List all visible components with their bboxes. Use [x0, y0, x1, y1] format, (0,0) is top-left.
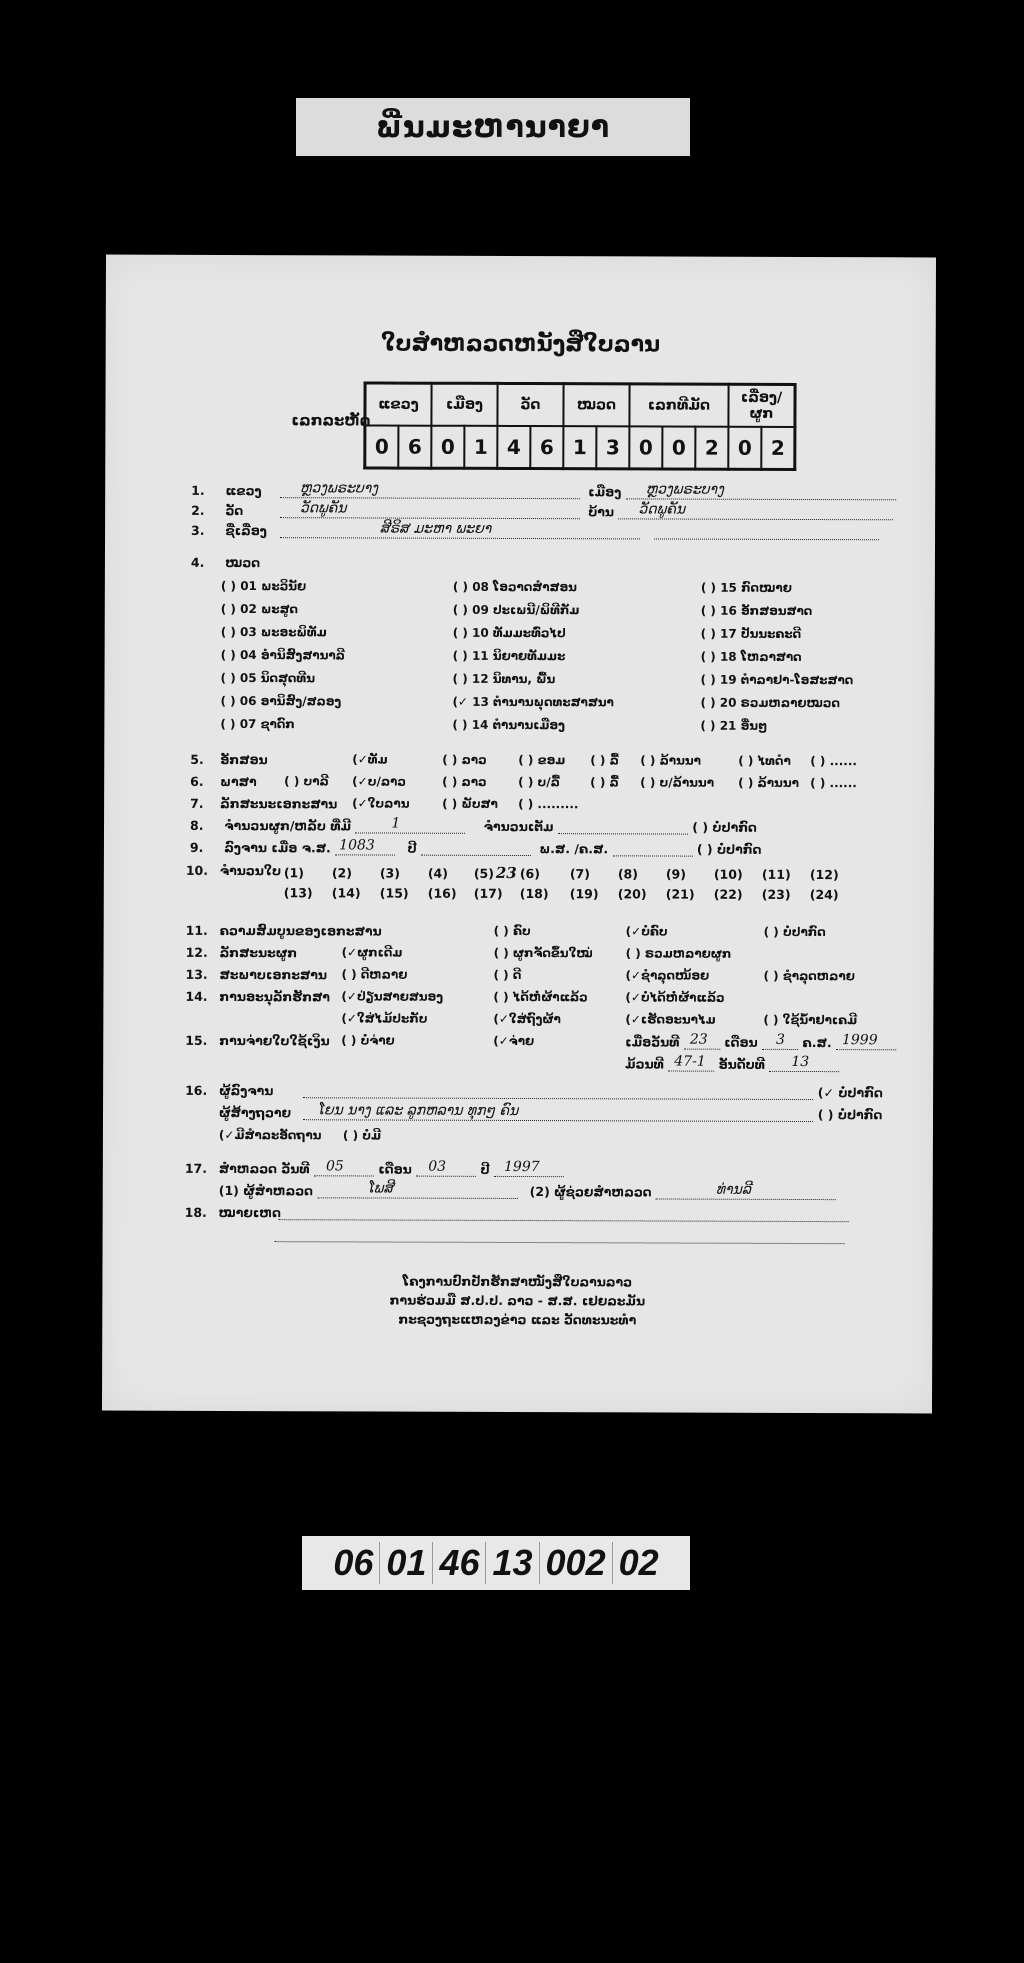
category-option[interactable]: ( ) 05 ນິດສຸດທີນ — [221, 671, 316, 685]
donor-value: ໂຍນ ນາງ ແລະ ລູກຫລານ ທຸກໆ ຄົນ — [303, 1107, 813, 1122]
title-value-extra — [654, 526, 879, 540]
category-options-col1: ( ) 01 ພະວິນັຍ ( ) 02 ພະສູດ ( ) 03 ພະອະພ… — [106, 255, 936, 258]
code-segment: 02 — [613, 1542, 665, 1584]
category-option[interactable]: ( ) 19 ຕຳລາຢາ-ໂອສະສາດ — [701, 673, 854, 688]
not-shown-option[interactable]: ( ) ບໍ່ປາກົດ — [697, 842, 762, 857]
category-option[interactable]: ( ) 17 ປັນນະຄະດີ — [701, 627, 802, 641]
category-option[interactable]: ( ) 07 ຊາດົກ — [220, 717, 294, 731]
leaf-slot[interactable]: (2) — [332, 865, 380, 880]
preservation-option-checked[interactable]: (✓ປ່ຽນສາຍສນອງ — [341, 989, 443, 1003]
leaf-slot[interactable]: (20) — [618, 886, 666, 901]
code-digit: 0 — [728, 427, 761, 470]
language-option-other[interactable]: ( ) ...... — [810, 776, 857, 790]
remarks-value — [279, 1207, 849, 1222]
completeness-option[interactable]: ( ) ບໍ່ປາກົດ — [764, 925, 826, 939]
code-digit: 0 — [365, 425, 399, 468]
code-digit: 6 — [530, 426, 563, 469]
leaf-slot[interactable]: (16) — [428, 886, 474, 901]
leaf-slot[interactable]: (6) — [520, 866, 570, 881]
preservation-option-checked[interactable]: (✓ບໍ່ໄດ້ຫໍ່ຜ້າແລ້ວ — [625, 990, 724, 1004]
category-option[interactable]: ( ) 03 ພະອະພິທັມ — [221, 625, 327, 639]
language-option[interactable]: ( ) ບ/ລ້ານນາ — [640, 775, 714, 789]
surveyors: (1) ຜູ້ສຳຫລວດ ໂພສີ (2) ຜູ້ຊ່ວຍສຳຫລວດ ທ່າ… — [219, 1183, 836, 1200]
category-options-col2: ( ) 08 ໂອວາດສຳສອນ ( ) 09 ປະເພນີ/ພິທີກັມ … — [106, 255, 936, 258]
code-segment: 01 — [380, 1542, 433, 1584]
leaf-slot[interactable]: (24) — [810, 887, 850, 902]
survey-date: ສຳຫລວດ ວັນທີ 05 ເດືອນ 03 ປີ 1997 — [219, 1161, 564, 1177]
code-label: ເລກລະຫັດ — [291, 411, 370, 429]
category-option[interactable]: ( ) 11 ນິຍາຍທັມມະ — [453, 649, 566, 663]
language-option[interactable]: ( ) ລາວ — [442, 775, 487, 789]
completeness-option-checked[interactable]: (✓ບໍ່ຄົບ — [626, 924, 668, 938]
script-option[interactable]: ( ) ຂອມ — [518, 753, 565, 767]
reel-number: 47-1 — [668, 1059, 714, 1072]
script-option[interactable]: ( ) ລ້ານນາ — [640, 753, 701, 767]
code-segment: 06 — [327, 1542, 380, 1584]
province-value: ຫຼວງພຣະບາງ — [280, 485, 580, 499]
language-label: ພາສາ — [220, 774, 256, 789]
script-option[interactable]: ( ) ໄທດຳ — [738, 754, 791, 768]
category-option[interactable]: ( ) 16 ອັກສອນສາດ — [701, 604, 813, 618]
fascicle-type-label: ລັກສະນະຜູກ — [220, 945, 298, 960]
language-option-checked[interactable]: (✓ບ/ລາວ — [352, 774, 406, 788]
leaf-slot[interactable]: (22) — [714, 887, 762, 902]
cs-year: 1083 — [335, 842, 395, 855]
leaf-count-handwritten: 23 — [496, 864, 520, 882]
category-option[interactable]: ( ) 06 ອານິສົງ/ສລອງ — [220, 694, 341, 708]
preservation-option-checked[interactable]: (✓ເຮັດອະນາໄມ — [625, 1012, 715, 1026]
category-option[interactable]: ( ) 21 ອື່ນໆ — [700, 719, 767, 733]
leaf-slot[interactable]: (9) — [666, 867, 714, 882]
full-count — [558, 821, 688, 834]
field-2-temple: 2. ວັດ ວັດພູຄັນ ບ້ານ ວັດພູຄັນ — [191, 503, 893, 520]
leaf-slot[interactable]: (10) — [714, 867, 762, 882]
category-option[interactable]: ( ) 15 ກົດໝາຍ — [701, 581, 792, 595]
code-digit: 1 — [464, 426, 497, 469]
code-segment: 13 — [486, 1542, 539, 1584]
microfilm-month: 3 — [762, 1037, 798, 1050]
preservation-label: ການອະນຸລັກຮັກສາ — [219, 989, 330, 1004]
leaf-slot[interactable]: (4) — [428, 866, 474, 881]
year-value — [421, 843, 531, 856]
survey-day: 05 — [314, 1163, 374, 1176]
colophon-option[interactable]: ( ) ບໍ່ມີ — [343, 1128, 381, 1142]
leaf-slot[interactable]: (23) — [762, 887, 810, 902]
leaf-slot[interactable]: (18) — [520, 886, 570, 901]
leaf-slot[interactable]: (12) — [810, 867, 850, 882]
category-option[interactable]: ( ) 04 ອຳນິສົງສານາລີ — [221, 648, 345, 662]
category-option[interactable]: ( ) 02 ພະສູດ — [221, 602, 298, 616]
fascicle-type-option-checked[interactable]: (✓ຜູກເດີມ — [342, 945, 403, 959]
leaf-slot[interactable]: (1) — [284, 865, 332, 880]
script-option[interactable]: ( ) ລື້ — [590, 753, 619, 767]
fascicle-type-option[interactable]: ( ) ຜູກຈັດຂຶ້ນໃໝ່ — [494, 946, 593, 960]
completeness-label: ຄວາມສົມບູນຂອງເອກະສານ — [220, 923, 382, 939]
code-digit: 0 — [662, 426, 695, 469]
condition-option[interactable]: ( ) ດີຫລາຍ — [341, 967, 407, 981]
survey-month: 03 — [416, 1164, 476, 1177]
survey-year: 1997 — [494, 1164, 564, 1177]
code-digit: 0 — [431, 426, 464, 469]
leaf-slot[interactable]: (19) — [570, 886, 618, 901]
script-option-other[interactable]: ( ) ...... — [810, 754, 857, 768]
field-1-province: 1. ແຂວງ ຫຼວງພຣະບາງ ເມືອງ ຫຼວງພຣະບາງ — [191, 483, 896, 500]
code-digit: 0 — [629, 426, 662, 469]
category-option[interactable]: ( ) 01 ພະວິນັຍ — [221, 579, 306, 593]
form-title: ໃບສຳຫລວດຫນັງສືໃບລານ — [106, 331, 936, 359]
material-option-checked[interactable]: (✓ໃບລານ — [352, 796, 409, 810]
preservation-option[interactable]: ( ) ໃຊ້ນ້ຳຢາເຄມີ — [763, 1013, 857, 1027]
language-option[interactable]: ( ) ລ້ານນາ — [738, 776, 799, 790]
leaf-count-label: ຈຳນວນໃບ — [220, 863, 281, 878]
form-footer: ໂຄງການປົກປັກຮັກສາໜັງສືໃບລານລາວ ການຮ່ວມມື… — [102, 1271, 932, 1331]
fascicle-type-option[interactable]: ( ) ຣວມຫລາຍຜູກ — [626, 946, 732, 960]
microfilm-reel: ມ້ວນທີ 47-1 ອັນດັບທີ 13 — [625, 1056, 839, 1072]
leaf-slot[interactable]: (5) — [474, 866, 496, 881]
code-digit: 3 — [596, 426, 629, 469]
leaf-slot[interactable]: (17) — [474, 886, 520, 901]
script-label: ອັກສອນ — [220, 752, 267, 767]
assistant-value: ທ່ານລີ — [656, 1186, 836, 1200]
preservation-option-checked[interactable]: (✓ໃສ່ຖົງຜ້າ — [493, 1012, 560, 1026]
category-option[interactable]: ( ) 20 ຣວມຫລາຍໝວດ — [700, 696, 840, 710]
leaf-slot[interactable]: (7) — [570, 866, 618, 881]
microfilm-code-strip: 06 01 46 13 002 02 — [302, 1536, 690, 1590]
not-shown-option[interactable]: ( ) ບໍ່ປາກົດ — [692, 820, 757, 835]
microfilm-option[interactable]: ( ) ບໍ່ຈ່າຍ — [341, 1033, 394, 1047]
code-col-bundle: ເລກທີມັດ — [629, 384, 728, 427]
be-ce-year — [612, 843, 692, 856]
preservation-option[interactable]: ( ) ໄດ້ຫໍ່ຜ້າແລ້ວ — [493, 990, 587, 1004]
leaf-slot[interactable]: (13) — [284, 885, 332, 900]
leaf-count-row-1: (1)(2)(3)(4)(5)23(6)(7)(8)(9)(10)(11)(12… — [284, 863, 850, 883]
remarks-line-2 — [275, 1227, 845, 1244]
code-col-category: ໝວດ — [563, 384, 629, 427]
microfilm-label: ການຈ່າຍໃບໃຊ້ເງິນ — [219, 1033, 329, 1048]
code-segment: 002 — [540, 1542, 613, 1584]
code-digit: 2 — [761, 427, 795, 470]
condition-option[interactable]: ( ) ຊຳລຸດຫລາຍ — [763, 969, 854, 983]
scribe-row: ຜູ້ລົງຈານ (✓ ບໍ່ປາກົດ — [219, 1083, 883, 1100]
temple-value: ວັດພູຄັນ — [280, 505, 580, 519]
code-col-fascicle: ເລື່ອງ/ຜູກ — [728, 384, 795, 427]
village-value: ວັດພູຄັນ — [618, 506, 893, 520]
leaf-slot[interactable]: (8) — [618, 866, 666, 881]
material-option-other[interactable]: ( ) ......... — [518, 797, 578, 811]
condition-label: ສະພາບເອກະສານ — [219, 967, 327, 982]
code-digit: 1 — [563, 426, 596, 469]
language-option[interactable]: ( ) ລື້ — [590, 775, 619, 789]
category-option-checked[interactable]: (✓ 13 ຕຳນານພຸດທະສາສນາ — [452, 695, 613, 710]
donor-row: ຜູ້ສ້າງຖວາຍ ໂຍນ ນາງ ແລະ ລູກຫລານ ທຸກໆ ຄົນ… — [219, 1105, 882, 1122]
scribe-value — [303, 1085, 813, 1100]
condition-option[interactable]: ( ) ດີ — [493, 968, 521, 982]
donor-not-shown[interactable]: ( ) ບໍ່ປາກົດ — [818, 1107, 883, 1122]
leaf-count-row-2: (13)(14)(15)(16)(17)(18)(19)(20)(21)(22)… — [284, 885, 850, 902]
language-option[interactable]: ( ) ບາລີ — [284, 774, 329, 788]
field-3-title: 3. ຊື່ເລື່ອງ ສີຣິສ ມະຫາ ພະຍາ — [191, 523, 879, 540]
microfilm-date: ເມື່ອວັນທີ 23 ເດືອນ 3 ຄ.ສ. 1999 — [625, 1034, 896, 1050]
microfilm-header-label: ພີ່ນມະຫານາຍາ — [296, 98, 690, 156]
code-table: ແຂວງ ເມືອງ ວັດ ໝວດ ເລກທີມັດ ເລື່ອງ/ຜູກ 0… — [363, 381, 796, 471]
district-value: ຫຼວງພຣະບາງ — [626, 486, 896, 500]
category-option[interactable]: ( ) 12 ນິທານ, ພື້ນ — [453, 672, 556, 686]
preservation-option-checked[interactable]: (✓ໃສ່ໄມ້ປະກັບ — [341, 1011, 427, 1025]
material-label: ລັກສະນະເອກະສານ — [220, 796, 337, 811]
language-option[interactable]: ( ) ບ/ລື້ — [518, 775, 560, 789]
remarks: ໝາຍເຫດ — [219, 1205, 849, 1222]
field-8-fascicles: 8. ຈຳນວນຜູກ/ຫລັບ ທີ່ມີ 1 ຈຳນວນເຕັມ ( ) ບ… — [190, 818, 757, 835]
category-option[interactable]: ( ) 08 ໂອວາດສຳສອນ — [453, 580, 577, 594]
code-col-province: ແຂວງ — [365, 383, 432, 426]
surveyor-value: ໂພສີ — [317, 1185, 517, 1199]
fascicle-count: 1 — [355, 820, 465, 833]
category-option[interactable]: ( ) 09 ປະເພນີ/ພິທີກັມ — [453, 603, 580, 617]
category-option[interactable]: ( ) 14 ຕຳນານເມືອງ — [452, 718, 565, 732]
field-9-date-written: 9. ລົງຈານ ເມື່ອ ຈ.ສ. 1083 ປີ ພ.ສ. /ຄ.ສ. … — [190, 840, 762, 857]
footer-ministry: ກະຊວງຖະແຫລງຂ່າວ ແລະ ວັດທະນະທຳ — [102, 1309, 932, 1331]
leaf-slot[interactable]: (11) — [762, 867, 810, 882]
category-option[interactable]: ( ) 10 ທັມມະທົ່ວໄປ — [453, 626, 566, 640]
code-segment: 46 — [433, 1542, 486, 1584]
code-digit: 2 — [695, 427, 728, 470]
completeness-option[interactable]: ( ) ຄົບ — [494, 924, 531, 938]
field-4-category: 4. ໝວດ — [191, 555, 260, 570]
script-option-checked[interactable]: (✓ທັມ — [352, 752, 387, 766]
leaf-slot[interactable]: (14) — [332, 885, 380, 900]
remarks-value-2 — [275, 1229, 845, 1244]
title-value: ສີຣິສ ມະຫາ ພະຍາ — [280, 525, 640, 539]
microfilm-option-checked[interactable]: (✓ຈ່າຍ — [493, 1034, 534, 1048]
microfilm-day: 23 — [684, 1037, 720, 1050]
leaf-slot[interactable]: (21) — [666, 887, 714, 902]
material-option[interactable]: ( ) ພັບສາ — [442, 797, 498, 811]
code-col-temple: ວັດ — [497, 383, 563, 426]
microfilm-year: 1999 — [836, 1037, 896, 1050]
code-digit: 6 — [398, 426, 431, 469]
form-page: ໃບສຳຫລວດຫນັງສືໃບລານ ເລກລະຫັດ ແຂວງ ເມືອງ … — [102, 255, 936, 1414]
script-option[interactable]: ( ) ລາວ — [442, 753, 487, 767]
code-digit: 4 — [497, 426, 530, 469]
code-col-district: ເມືອງ — [431, 383, 497, 426]
sequence-number: 13 — [769, 1059, 839, 1072]
leaf-slot[interactable]: (15) — [380, 886, 428, 901]
condition-option-checked[interactable]: (✓ຊຳລຸດໜ້ອຍ — [625, 968, 709, 982]
leaf-slot[interactable]: (3) — [380, 866, 428, 881]
colophon-option-checked[interactable]: (✓ມີສຳລະອັດຖານ — [219, 1128, 322, 1142]
category-option[interactable]: ( ) 18 ໂຫລາສາດ — [701, 650, 802, 664]
scribe-not-shown-checked[interactable]: (✓ ບໍ່ປາກົດ — [818, 1085, 883, 1100]
category-options-col3: ( ) 15 ກົດໝາຍ ( ) 16 ອັກສອນສາດ ( ) 17 ປັ… — [106, 255, 936, 258]
